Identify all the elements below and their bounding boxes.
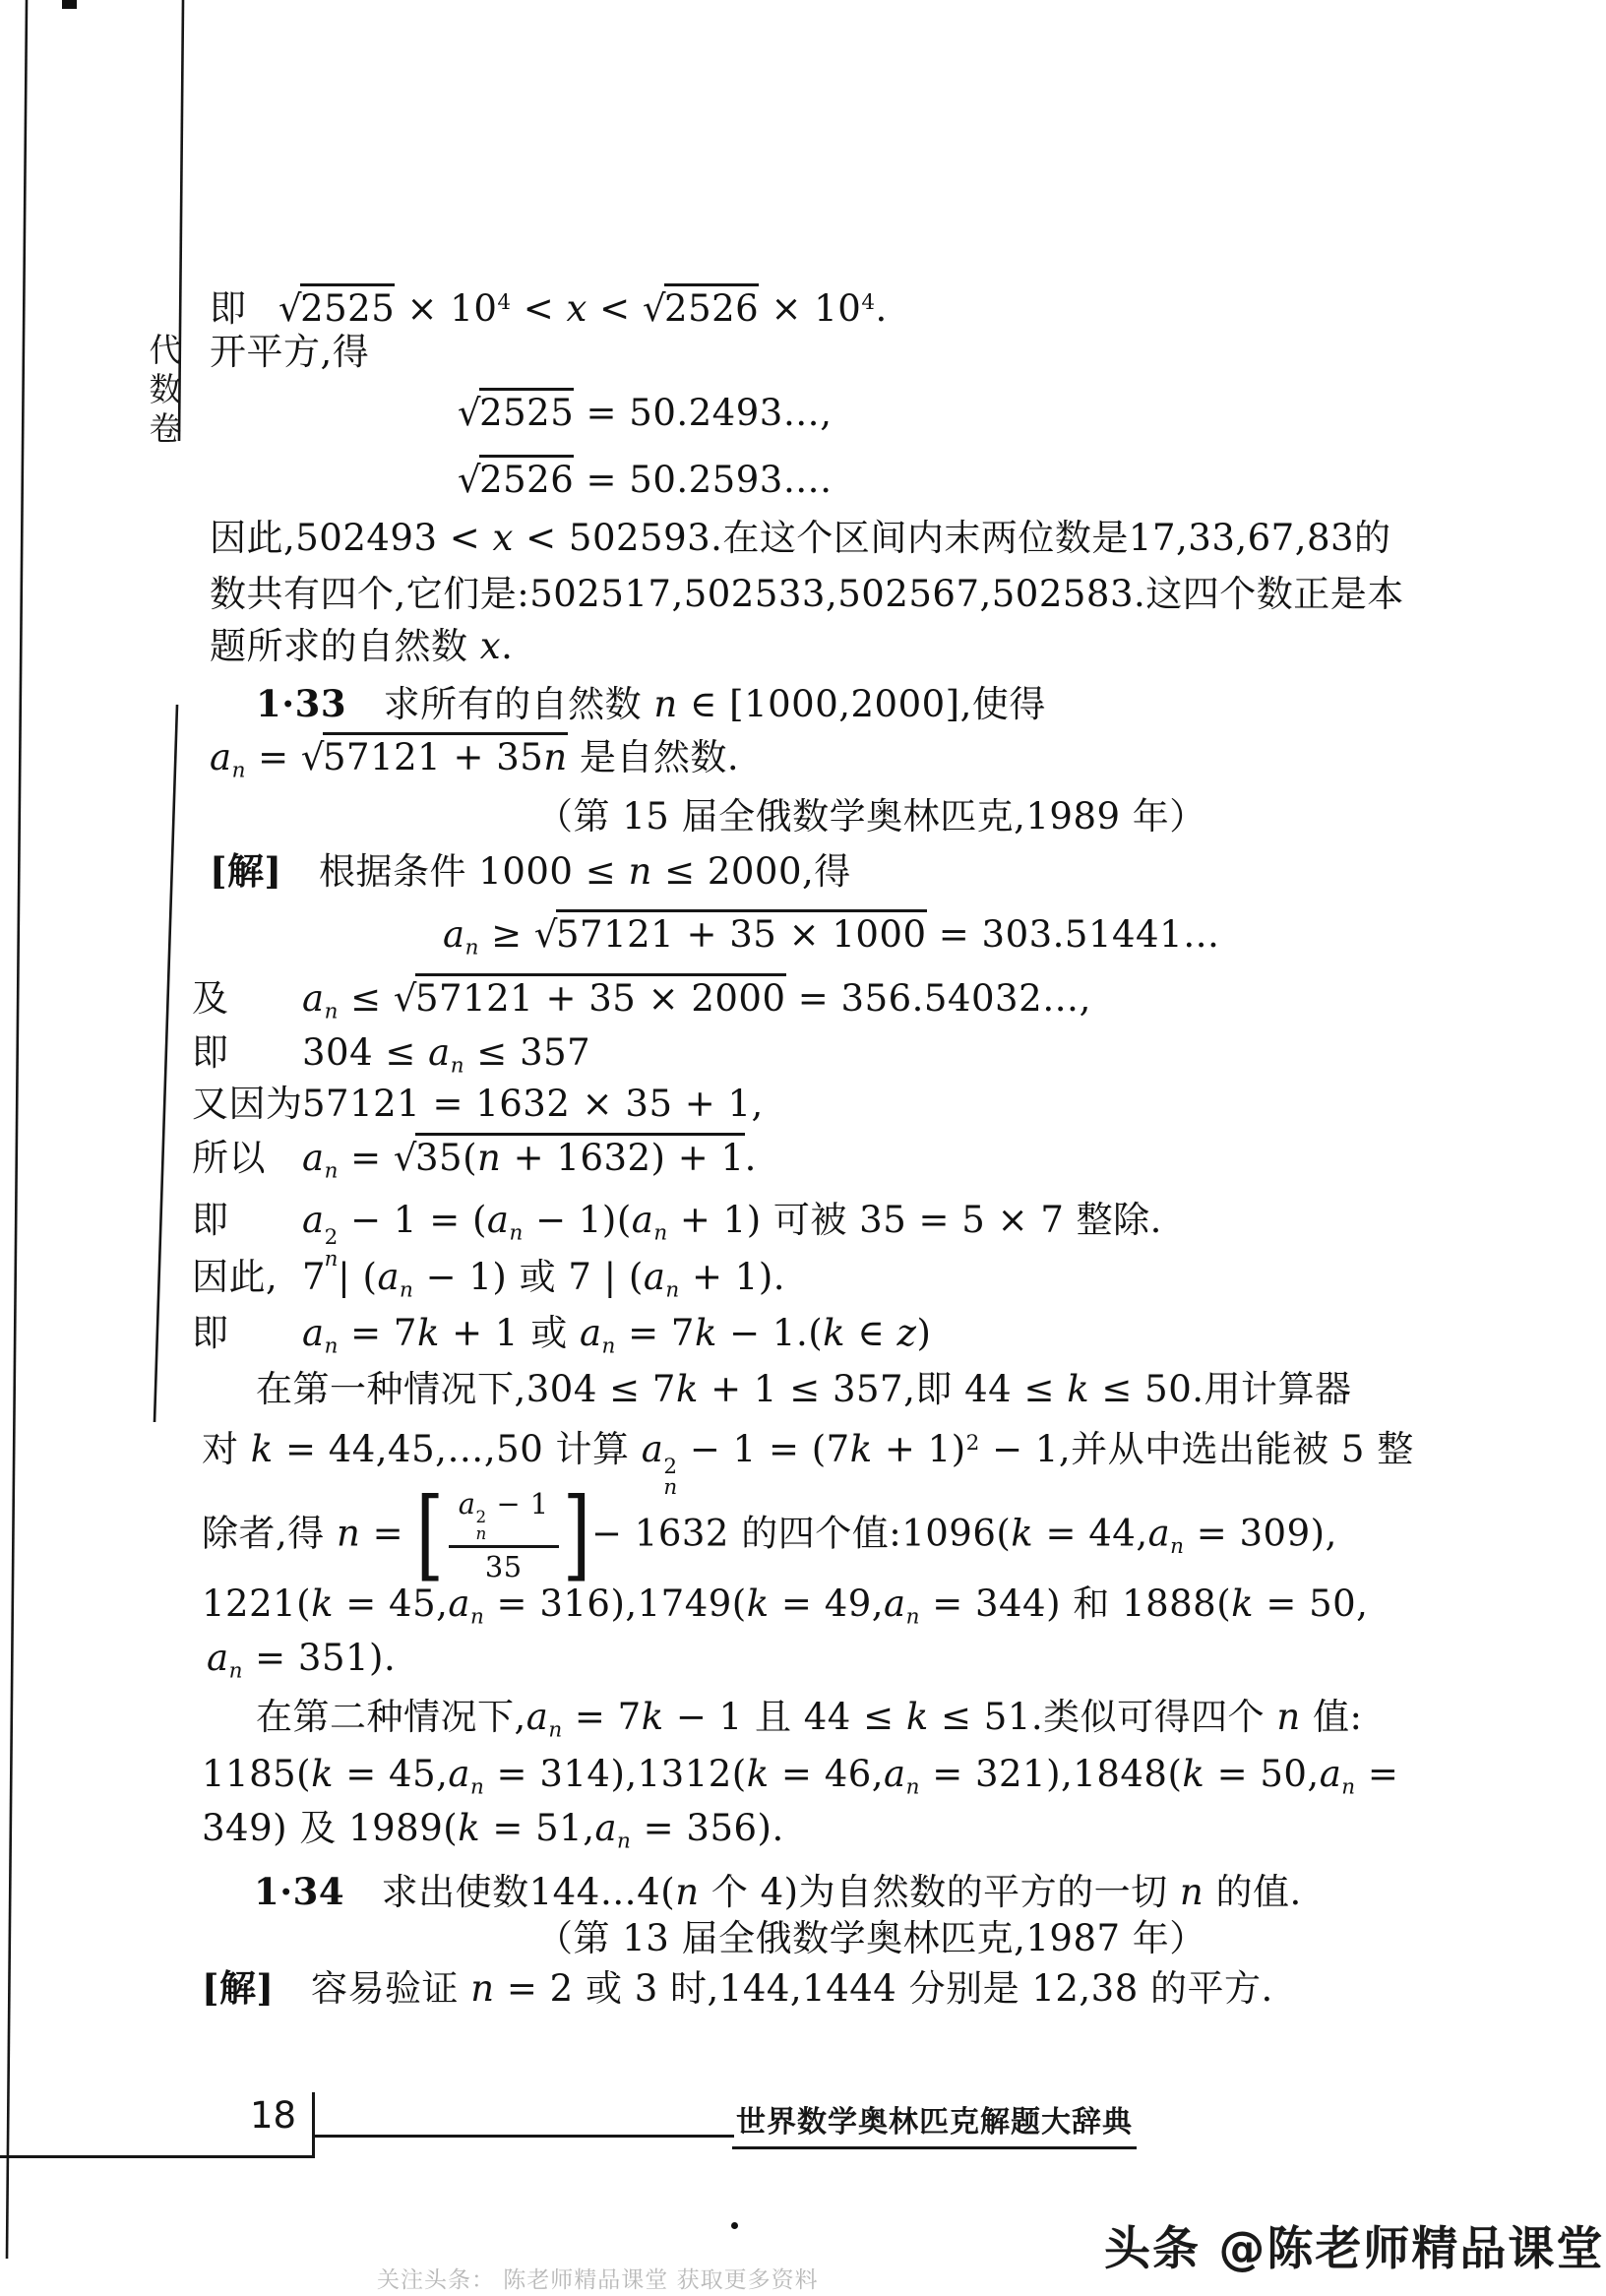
book-title: 世界数学奥林匹克解题大辞典 [732, 2097, 1137, 2149]
page-number: 18 [250, 2094, 296, 2137]
text-line: [解] 根据条件 1000 ≤ n ≤ 2000,得 [210, 841, 851, 900]
text-line: √2526 = 50.2593…. [458, 451, 833, 510]
text-line: 1221(k = 45,an = 316),1749(k = 49,an = 3… [202, 1575, 1368, 1634]
text-line: 因此,7 | (an − 1) 或 7 | (an + 1). [192, 1248, 785, 1307]
footer-divider-vertical [312, 2092, 315, 2158]
text-line: 349) 及 1989(k = 51,an = 356). [202, 1799, 784, 1858]
page-body-text: 即√2525 × 104 < x < √2526 × 104.开平方,得√252… [0, 0, 1606, 2296]
text-line: 因此,502493 < x < 502593.在这个区间内末两位数是17,33,… [210, 509, 1391, 568]
text-line: （第 15 届全俄数学奥林匹克,1989 年） [536, 787, 1206, 846]
text-line: an ≥ √57121 + 35 × 1000 = 303.51441… [443, 905, 1220, 964]
text-line: 除者,得 n = [a2n − 135]− 1632 的四个值:1096(k =… [202, 1488, 1337, 1547]
scanned-book-page: { "page": {"bg": "#ffffff", "ink": "#161… [0, 0, 1606, 2296]
footer-rule [313, 2135, 734, 2138]
text-line: 开平方,得 [210, 323, 369, 382]
text-line: 1185(k = 45,an = 314),1312(k = 46,an = 3… [202, 1745, 1398, 1804]
text-line: an = 351). [207, 1629, 396, 1688]
text-line: 在第二种情况下,an = 7k − 1 且 44 ≤ k ≤ 51.类似可得四个… [256, 1688, 1363, 1747]
text-line: an = √57121 + 35n 是自然数. [210, 728, 739, 787]
text-line: 题所求的自然数 x. [210, 617, 513, 676]
text-line: 对 k = 44,45,…,50 计算 a2n − 1 = (7k + 1)2 … [202, 1414, 1414, 1473]
footer-rule-left [0, 2155, 314, 2158]
text-line: 数共有四个,它们是:502517,502533,502567,502583.这四… [210, 565, 1404, 624]
text-line: √2525 = 50.2493…, [458, 384, 833, 443]
text-line: 1·33 求所有的自然数 n ∈ [1000,2000],使得 [256, 674, 1046, 733]
watermark-badge: 头条 @陈老师精品课堂 [1104, 2212, 1604, 2278]
text-line: [解] 容易验证 n = 2 或 3 时,144,1444 分别是 12,38 … [202, 1958, 1273, 2017]
text-line: 又因为57121 = 1632 × 35 + 1, [192, 1075, 764, 1134]
text-line: 及an ≤ √57121 + 35 × 2000 = 356.54032…, [192, 969, 1091, 1028]
text-line: 所以an = √35(n + 1632) + 1. [192, 1129, 757, 1188]
text-line: 即an = 7k + 1 或 an = 7k − 1.(k ∈ z) [192, 1304, 931, 1363]
text-line: 在第一种情况下,304 ≤ 7k + 1 ≤ 357,即 44 ≤ k ≤ 50… [256, 1360, 1352, 1419]
watermark-caption: 关注头条： 陈老师精品课堂 获取更多资料 [377, 2262, 819, 2294]
text-line: 即304 ≤ an ≤ 357 [192, 1024, 590, 1083]
text-line: 即a2n − 1 = (an − 1)(an + 1) 可被 35 = 5 × … [192, 1191, 1162, 1250]
